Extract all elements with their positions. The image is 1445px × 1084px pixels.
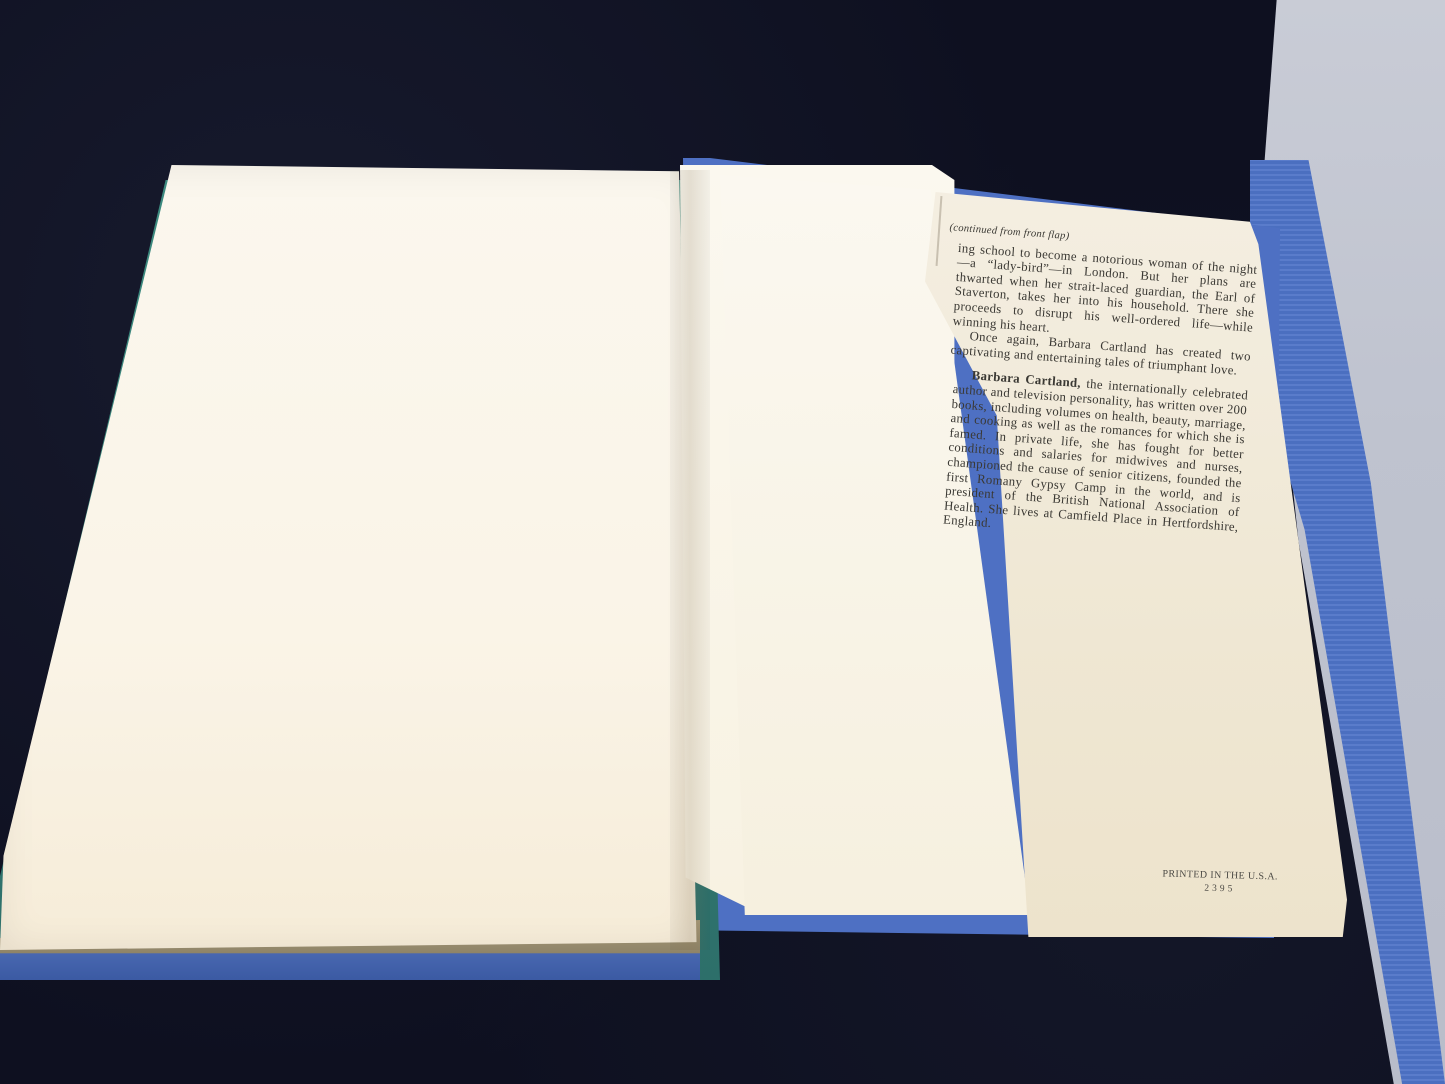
author-bio: Barbara Cartland, the internationally ce… xyxy=(943,367,1249,549)
flap-text-block: (continued from front flap) ing school t… xyxy=(938,222,1260,549)
printed-imprint: PRINTED IN THE U.S.A. 2395 xyxy=(1145,868,1296,896)
imprint-label: PRINTED IN THE U.S.A. xyxy=(1162,868,1278,882)
book-gutter xyxy=(670,170,710,950)
author-bio-text: the internationally celebrated author an… xyxy=(943,377,1249,534)
